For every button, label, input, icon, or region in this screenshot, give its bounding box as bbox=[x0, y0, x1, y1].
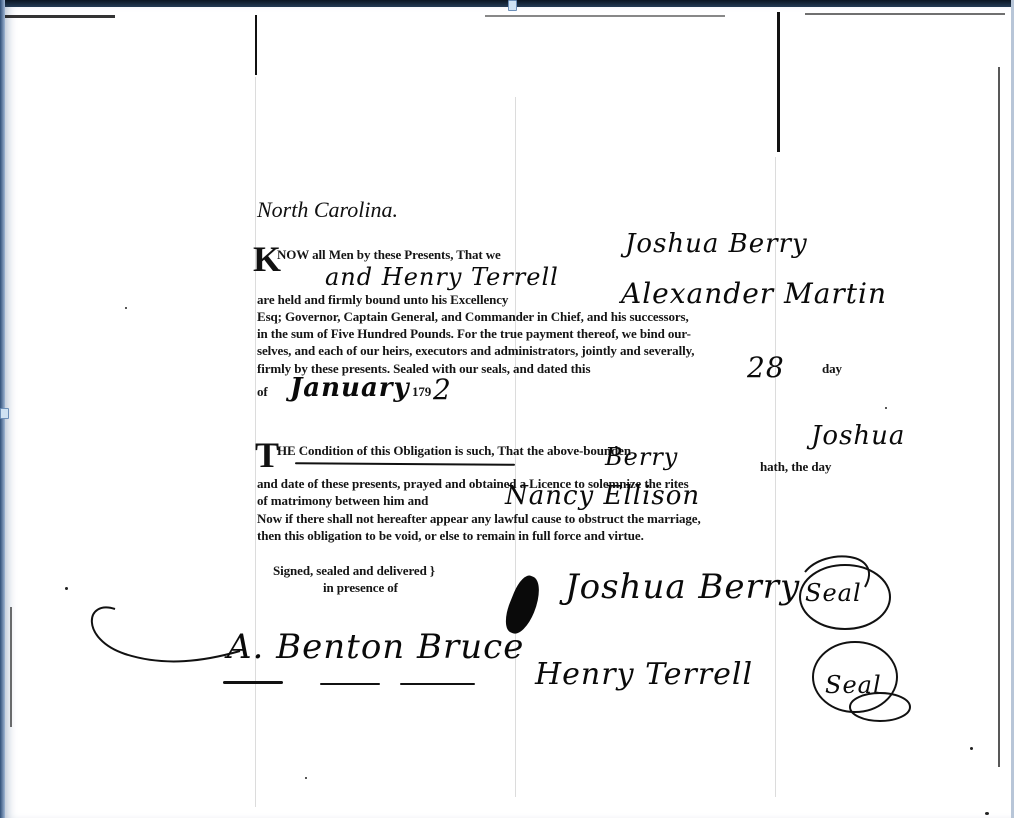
seal-flourish-1 bbox=[745, 547, 905, 637]
dropcap-t: T bbox=[255, 437, 279, 473]
speck bbox=[305, 777, 307, 779]
speck bbox=[65, 587, 68, 590]
fold-line bbox=[255, 15, 257, 75]
handwritten-year-digit: 2 bbox=[433, 373, 452, 406]
signature-henry-terrell: Henry Terrell bbox=[535, 657, 753, 692]
handwritten-bride: Nancy Ellison bbox=[505, 481, 700, 511]
bond-line-4: in the sum of Five Hundred Pounds. For t… bbox=[257, 327, 691, 341]
signed-sealed-label: Signed, sealed and delivered } bbox=[273, 564, 435, 578]
condition-line-2: hath, the day bbox=[760, 460, 831, 474]
viewer-frame-top bbox=[0, 0, 1014, 7]
bond-line-3: Esq; Governor, Captain General, and Comm… bbox=[257, 310, 689, 324]
handwritten-governor: Alexander Martin bbox=[621, 277, 887, 310]
scan-artifact bbox=[485, 15, 725, 17]
bond-of-label: of bbox=[257, 385, 268, 399]
witness-signature: A. Benton Bruce bbox=[227, 627, 524, 667]
bond-line-2: are held and firmly bound unto his Excel… bbox=[257, 293, 508, 307]
scan-artifact bbox=[805, 13, 1005, 15]
seal-flourish-2 bbox=[785, 627, 925, 727]
condition-line-4: of matrimony between him and bbox=[257, 494, 428, 508]
handwritten-groom-last: Berry bbox=[605, 443, 678, 471]
speck bbox=[985, 812, 989, 815]
wax-seal-mark bbox=[500, 572, 547, 637]
bond-line-5: selves, and each of our heirs, executors… bbox=[257, 344, 694, 358]
bond-line-1: NOW all Men by these Presents, That we bbox=[277, 248, 501, 262]
bond-year-prefix: 179 bbox=[412, 385, 431, 399]
speck bbox=[885, 407, 887, 409]
witness-flourish bbox=[85, 599, 245, 669]
handwritten-month: January bbox=[290, 373, 410, 403]
witness-underline bbox=[400, 683, 475, 685]
witness-underline bbox=[320, 683, 380, 685]
speck bbox=[970, 747, 973, 750]
condition-line-6: then this obligation to be void, or else… bbox=[257, 529, 644, 543]
handwritten-bondsman-2: and Henry Terrell bbox=[325, 263, 559, 291]
handwritten-groom-first: Joshua bbox=[811, 421, 905, 451]
fold-line bbox=[998, 67, 1000, 767]
scanned-document: North Carolina. K NOW all Men by these P… bbox=[5, 7, 1011, 818]
fold-line bbox=[10, 607, 12, 727]
bond-day-label: day bbox=[822, 362, 842, 376]
resize-handle-left[interactable] bbox=[0, 408, 9, 419]
handwritten-day: 28 bbox=[747, 351, 785, 384]
witness-underline bbox=[223, 681, 283, 684]
speck bbox=[125, 307, 127, 309]
handwritten-bondsman-1: Joshua Berry bbox=[625, 229, 808, 259]
condition-line-1: HE Condition of this Obligation is such,… bbox=[277, 444, 631, 458]
condition-line-5: Now if there shall not hereafter appear … bbox=[257, 512, 701, 526]
resize-handle-top[interactable] bbox=[508, 0, 517, 11]
underline-stroke bbox=[295, 462, 515, 466]
scan-artifact bbox=[5, 15, 115, 18]
fold-line bbox=[777, 12, 780, 152]
document-heading: North Carolina. bbox=[257, 197, 398, 223]
in-presence-label: in presence of bbox=[323, 581, 398, 595]
